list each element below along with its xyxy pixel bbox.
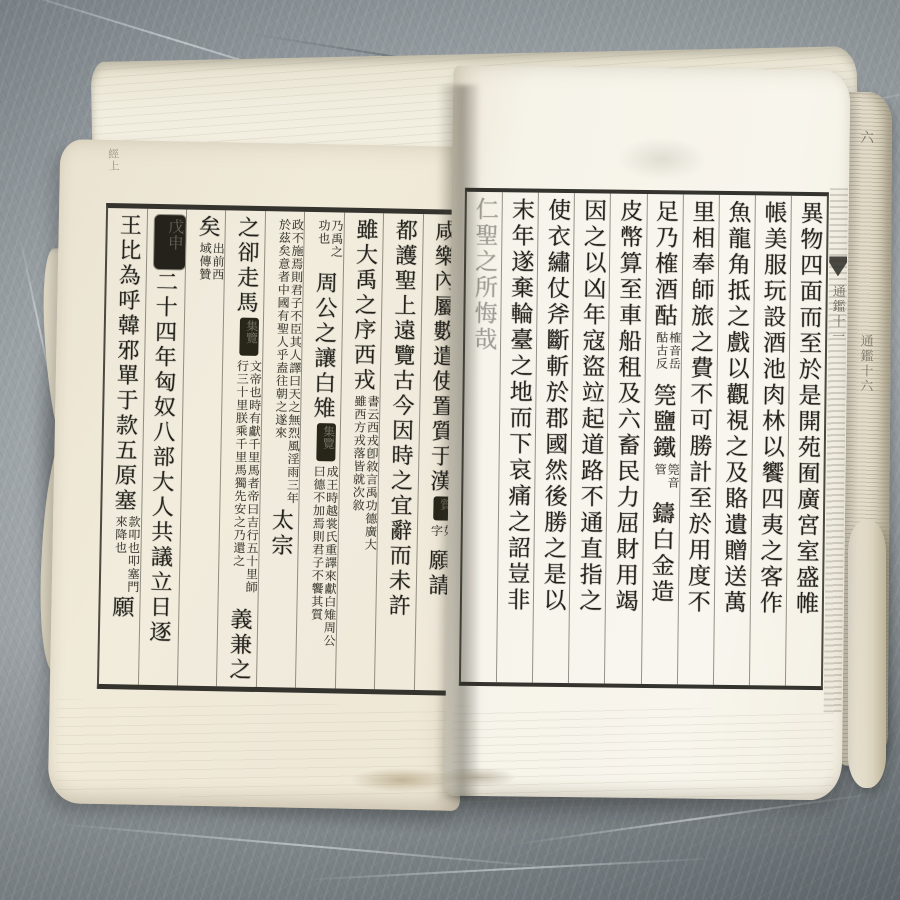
annotation-text: 榷音岳酤古反 bbox=[654, 331, 681, 381]
paper-debris bbox=[348, 766, 528, 794]
text-column: 皮幣算至車船租及六畜民力屈財用竭 bbox=[604, 194, 646, 684]
annotation-text: 款叩也叩塞門來降也 bbox=[113, 515, 140, 593]
main-text: 太宗 bbox=[268, 508, 294, 558]
left-page: 經上 咸樂內屬數遣使置質于漢質如字願請都護聖上遠覽古今因時之宜辭而未許雖大禹之序… bbox=[48, 139, 473, 811]
main-text: 義兼之 bbox=[226, 607, 252, 682]
main-text: 二十四年匈奴八部大人共議立日逐 bbox=[146, 270, 178, 645]
main-text: 末年遂棄輪臺之地而下哀痛之詔豈非 bbox=[503, 197, 534, 613]
right-page: 異物四面而至於是開苑囿廣宮室盛帷帳美服玩設酒池肉林以饗四夷之客作魚龍角抵之戲以觀… bbox=[445, 66, 851, 801]
annotation-text: 文帝也時有獻千里馬者帝曰吉行五十里師行三十里朕乘千里馬獨先安之乃還之 bbox=[231, 360, 262, 606]
main-text: 足乃榷酒酤 bbox=[650, 199, 678, 329]
main-text: 筦鹽鐵 bbox=[649, 383, 676, 461]
main-text: 願 bbox=[109, 595, 134, 620]
text-column: 異物四面而至於是開苑囿廣宮室盛帷 bbox=[785, 196, 827, 686]
annotation-text: 筦音管 bbox=[653, 463, 679, 499]
left-page-print-frame: 咸樂內屬數遣使置質于漢質如字願請都護聖上遠覽古今因時之宜辭而未許雖大禹之序西戎書… bbox=[97, 203, 464, 696]
year-cartouche: 戊申 bbox=[154, 215, 186, 270]
text-column: 末年遂棄輪臺之地而下哀痛之詔豈非 bbox=[496, 192, 538, 682]
gutter-shadow bbox=[437, 85, 479, 799]
main-text: 都護聖上遠覽古今因時之宜辭而未許 bbox=[385, 218, 418, 618]
annotation-text: 書云西戎卽敘言禹功德廣大雖西方戎落皆就次敘 bbox=[350, 395, 379, 557]
text-column: 里相奉師旅之費不可勝計至於用度不 bbox=[677, 194, 719, 684]
text-column: 帳美服玩設酒池肉林以饗四夷之客作 bbox=[749, 195, 791, 685]
text-column: 使衣繡仗斧斷斬於郡國然後勝之是以 bbox=[532, 193, 574, 683]
main-text: 矣 bbox=[195, 215, 220, 240]
text-column: 因之以凶年寇盜竝起道路不通直指之 bbox=[568, 193, 610, 683]
text-column: 足乃榷酒酤榷音岳酤古反筦鹽鐵筦音管鑄白金造 bbox=[640, 194, 682, 684]
annotation-text: 乃禹之功也 bbox=[316, 219, 343, 269]
right-page-print-frame: 異物四面而至於是開苑囿廣宮室盛帷帳美服玩設酒池肉林以饗四夷之客作魚龍角抵之戲以觀… bbox=[459, 188, 829, 690]
curled-page-edge bbox=[848, 520, 886, 788]
main-text: 之卻走馬 bbox=[233, 215, 260, 315]
text-column: 魚龍角抵之戲以觀視之及賂遺贈送萬 bbox=[713, 195, 755, 685]
main-text: 雖大禹之序西戎 bbox=[350, 218, 378, 393]
inverted-cartouche: 集覽 bbox=[316, 423, 336, 461]
main-text: 異物四面而至於是開苑囿廣宮室盛帷 bbox=[792, 201, 823, 617]
behind-leaf-spine-title: 通鑑十六 bbox=[853, 334, 874, 514]
spine-fold-title: 通鑑十一 bbox=[827, 284, 847, 454]
annotation-text: 成王時越裳氏重譯來獻白雉周公曰德不加焉則君子不饗其質 bbox=[309, 465, 339, 655]
main-text: 里相奉師旅之費不可勝計至於用度不 bbox=[683, 199, 714, 615]
main-text: 鑄白金造 bbox=[647, 501, 674, 605]
main-text: 因之以凶年寇盜竝起道路不通直指之 bbox=[575, 198, 606, 614]
main-text: 皮幣算至車船租及六畜民力屈財用竭 bbox=[611, 199, 642, 615]
annotation-text: 出前西域傳贊 bbox=[197, 242, 224, 292]
inverted-cartouche: 集覽 bbox=[239, 318, 259, 356]
main-text: 帳美服玩設酒池肉林以饗四夷之客作 bbox=[756, 200, 787, 616]
leaf-corner-mark: 六 bbox=[858, 130, 876, 154]
main-text: 王比為呼韓邪單于款五原塞 bbox=[111, 213, 142, 513]
main-text: 使衣繡仗斧斷斬於郡國然後勝之是以 bbox=[539, 198, 570, 614]
main-text: 魚龍角抵之戲以觀視之及賂遺贈送萬 bbox=[720, 200, 751, 616]
ink-showthrough-smudge bbox=[602, 129, 723, 188]
main-text: 周公之讓白雉 bbox=[310, 271, 338, 421]
stone-floor-surface: 六 通鑑十六 經上 咸樂內屬數遣使置質于漢質如字願請都護聖上遠覽古今因時之宜辭而… bbox=[0, 0, 900, 900]
